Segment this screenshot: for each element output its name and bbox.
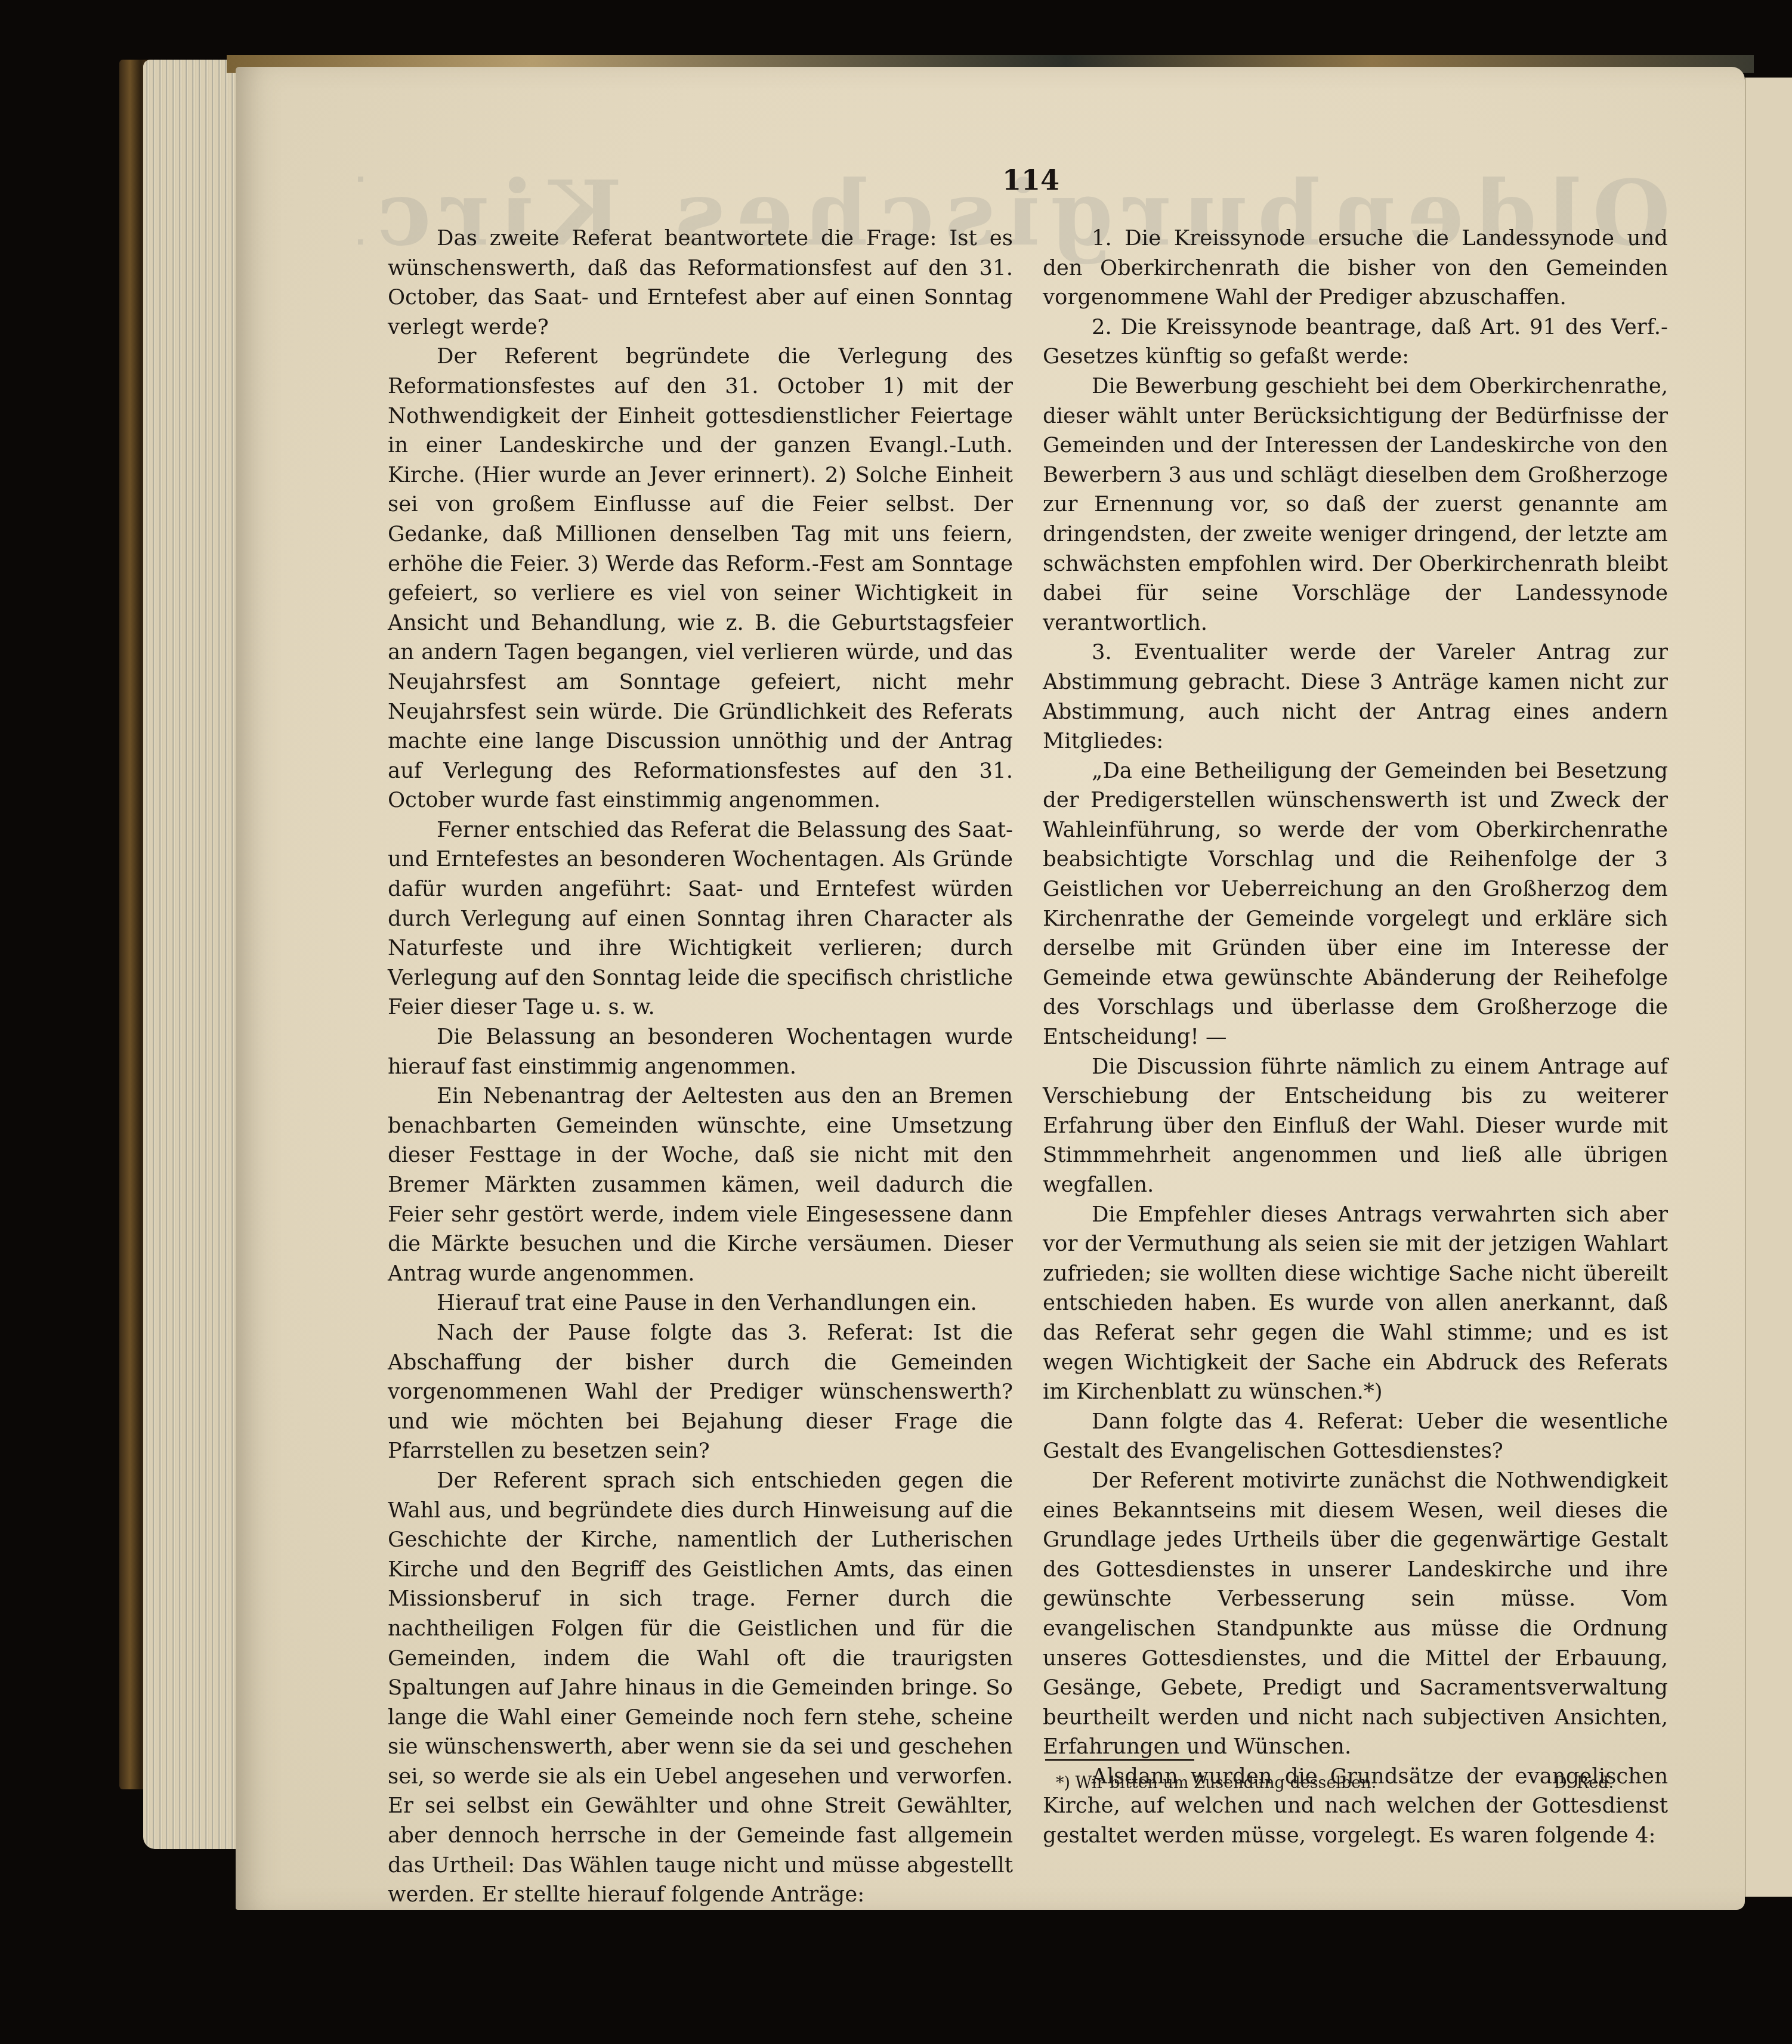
paragraph: Der Referent sprach sich entschieden geg… (388, 1466, 1013, 1910)
paragraph: Der Referent begründete die Verlegung de… (388, 342, 1013, 815)
paragraph: Ferner entschied das Referat die Belassu… (388, 815, 1013, 1022)
paragraph: Der Referent motivirte zunächst die Noth… (1043, 1466, 1668, 1762)
left-column: Das zweite Referat beantwortete die Frag… (388, 224, 1013, 1910)
paragraph: Dann folgte das 4. Referat: Ueber die we… (1043, 1407, 1668, 1466)
page-number: 114 (1002, 164, 1059, 196)
paragraph: „Da eine Betheiligung der Gemeinden bei … (1043, 756, 1668, 1052)
paragraph: Ein Nebenantrag der Aeltesten aus den an… (388, 1081, 1013, 1288)
footnote-text: *) Wir bitten um Zusendung desselben. (1056, 1774, 1376, 1792)
paragraph: Nach der Pause folgte das 3. Referat: Is… (388, 1318, 1013, 1466)
paragraph: Das zweite Referat beantwortete die Frag… (388, 224, 1013, 342)
right-column: 1. Die Kreissynode ersuche die Landessyn… (1043, 224, 1668, 1851)
paragraph: 1. Die Kreissynode ersuche die Landessyn… (1043, 224, 1668, 313)
paragraph: Hierauf trat eine Pause in den Verhandlu… (388, 1288, 1013, 1318)
paragraph: Die Belassung an besonderen Wochentagen … (388, 1022, 1013, 1081)
footnote-divider (1045, 1759, 1194, 1761)
footnote: *) Wir bitten um Zusendung desselben. D.… (1056, 1768, 1652, 1798)
paragraph: Die Discussion führte nämlich zu einem A… (1043, 1052, 1668, 1200)
paragraph: 2. Die Kreissynode beantrage, daß Art. 9… (1043, 313, 1668, 372)
page-stack-edge (143, 60, 251, 1849)
footnote-signature: D. Red. (1554, 1768, 1614, 1798)
facing-page-edge (1745, 78, 1792, 1897)
paragraph: Die Bewerbung geschieht bei dem Oberkirc… (1043, 372, 1668, 638)
paragraph: Die Empfehler dieses Antrags verwahrten … (1043, 1200, 1668, 1407)
paragraph: 3. Eventualiter werde der Vareler Antrag… (1043, 638, 1668, 756)
